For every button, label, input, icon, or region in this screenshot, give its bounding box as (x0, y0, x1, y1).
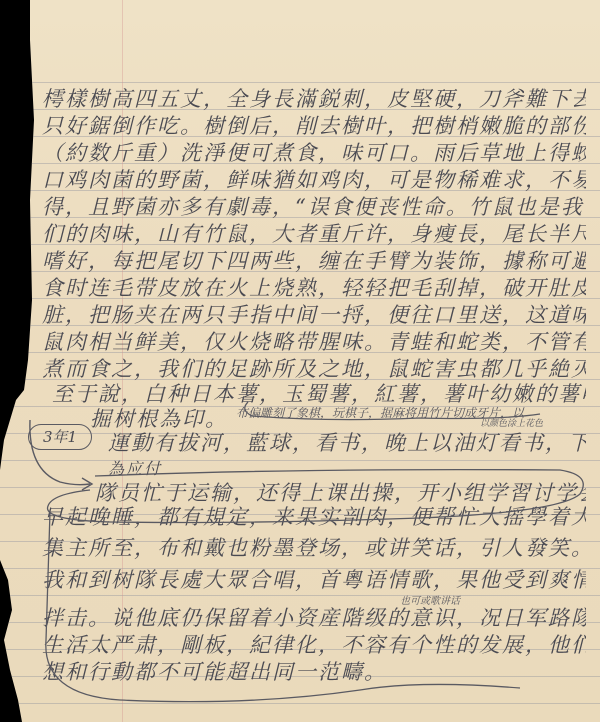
hand-drawn-marks (0, 0, 600, 722)
manuscript-paper: 樗樣樹高四五丈，全身長滿鋭刺，皮堅硬，刀斧難下去， 只好鋸倒作吃。樹倒后，削去樹… (0, 0, 600, 722)
